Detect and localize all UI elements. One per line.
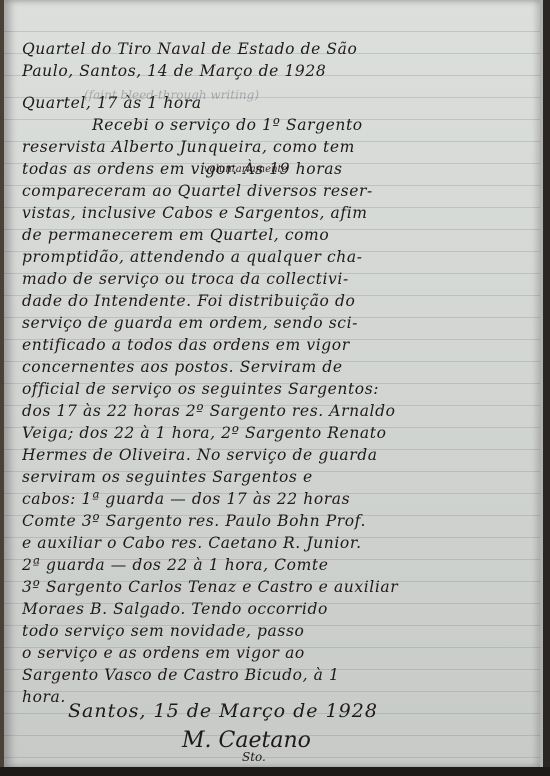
body-line: todo serviço sem novidade, passo	[22, 620, 526, 642]
body-line: Comte 3º Sargento res. Paulo Bohn Prof.	[22, 510, 526, 532]
body-line: de permanecerem em Quartel, como	[22, 224, 526, 246]
body-line: compareceram ao Quartel diversos reser-	[22, 180, 526, 202]
body-line: Veiga; dos 22 à 1 hora, 2º Sargento Rena…	[22, 422, 526, 444]
logbook-page: (faint bleed-through writing) voluntaria…	[4, 0, 543, 768]
body-line: serviram os seguintes Sargentos e	[22, 466, 526, 488]
body-line: concernentes aos postos. Serviram de	[22, 356, 526, 378]
body-line: promptidão, attendendo a qualquer cha-	[22, 246, 526, 268]
page-bottom-edge	[0, 767, 550, 776]
body-line: entificado a todos das ordens em vigor	[22, 334, 526, 356]
subheading: Quartel, 17 às 1 hora	[22, 92, 526, 114]
body-line: Recebi o serviço do 1º Sargento	[22, 114, 526, 136]
body-line: vistas, inclusive Cabos e Sargentos, afi…	[22, 202, 526, 224]
body-line: dade do Intendente. Foi distribuição do	[22, 290, 526, 312]
body-line: Hermes de Oliveira. No serviço de guarda	[22, 444, 526, 466]
body-line: Sargento Vasco de Castro Bicudo, à 1	[22, 664, 526, 686]
closing-place-date: Santos, 15 de Março de 1928	[68, 700, 378, 722]
header-line-1: Quartel do Tiro Naval de Estado de São	[22, 38, 526, 60]
body-line: Moraes B. Salgado. Tendo occorrido	[22, 598, 526, 620]
body-line: e auxiliar o Cabo res. Caetano R. Junior…	[22, 532, 526, 554]
body-line: todas as ordens em vigor. Às 19 horas	[22, 158, 526, 180]
body-line: 3º Sargento Carlos Tenaz e Castro e auxi…	[22, 576, 526, 598]
body-line: 2ª guarda — dos 22 à 1 hora, Comte	[22, 554, 526, 576]
body-line: serviço de guarda em ordem, sendo sci-	[22, 312, 526, 334]
body-line: o serviço e as ordens em vigor ao	[22, 642, 526, 664]
body-line: cabos: 1ª guarda — dos 17 às 22 horas	[22, 488, 526, 510]
body-line: reservista Alberto Junqueira, como tem	[22, 136, 526, 158]
handwritten-text: Quartel do Tiro Naval de Estado de São P…	[22, 38, 526, 708]
signature-title: Sto.	[242, 750, 266, 764]
body-line: dos 17 às 22 horas 2º Sargento res. Arna…	[22, 400, 526, 422]
header-line-2: Paulo, Santos, 14 de Março de 1928	[22, 60, 526, 82]
body-line: official de serviço os seguintes Sargent…	[22, 378, 526, 400]
body-line: mado de serviço ou troca da collectivi-	[22, 268, 526, 290]
